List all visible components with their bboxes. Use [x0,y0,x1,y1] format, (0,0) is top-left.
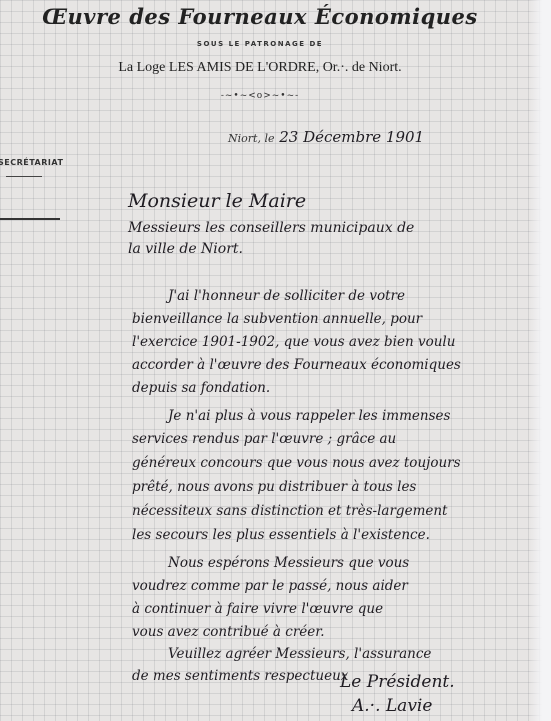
body-line: l'exercice 1901-1902, que vous avez bien… [132,334,455,350]
body-line: Je n'ai plus à vous rappeler les immense… [168,408,450,424]
body-line: accorder à l'œuvre des Fourneaux économi… [132,357,461,373]
page-edge [529,0,551,721]
letter-page: Œuvre des Fourneaux Économiques SOUS LE … [0,0,551,721]
body-line: Nous espérons Messieurs que vous [168,555,409,571]
ornament-divider: -~•~<o>~•~- [210,91,310,101]
body-line: nécessiteux sans distinction et très-lar… [132,503,447,519]
closing-line: de mes sentiments respectueux [132,668,348,684]
body-line: bienveillance la subvention annuelle, po… [132,311,422,327]
address-line-2: Messieurs les conseillers municipaux de [128,220,414,236]
signature-title: Le Président. [340,672,455,692]
address-line-1: Monsieur le Maire [128,190,306,212]
letterhead-title: Œuvre des Fourneaux Économiques [40,4,480,29]
secretariat-ornament [6,176,42,177]
date-value: 23 Décembre 1901 [279,128,424,146]
letterhead-subtitle: SOUS LE PATRONAGE DE [40,40,480,48]
secretariat-label: SECRÉTARIAT [0,158,63,167]
letter-date: Niort, le 23 Décembre 1901 [228,128,424,146]
body-line: les secours les plus essentiels à l'exis… [132,527,430,543]
body-line: à continuer à faire vivre l'œuvre que [132,601,383,617]
address-line-3: la ville de Niort. [128,241,243,257]
body-line: services rendus par l'œuvre ; grâce au [132,431,396,447]
body-line: généreux concours que vous nous avez tou… [132,455,461,471]
closing-line: Veuillez agréer Messieurs, l'assurance [168,646,431,662]
body-line: vous avez contribué à créer. [132,624,325,640]
letterhead-loge: La Loge LES AMIS DE L'ORDRE, Or.·. de Ni… [40,60,480,76]
signature-name: A.·. Lavie [352,696,432,716]
body-line: depuis sa fondation. [132,380,270,396]
secretariat-rule [0,218,60,220]
date-place: Niort, le [228,132,274,145]
body-line: prêté, nous avons pu distribuer à tous l… [132,479,416,495]
body-line: J'ai l'honneur de solliciter de votre [168,288,405,304]
body-line: voudrez comme par le passé, nous aider [132,578,408,594]
